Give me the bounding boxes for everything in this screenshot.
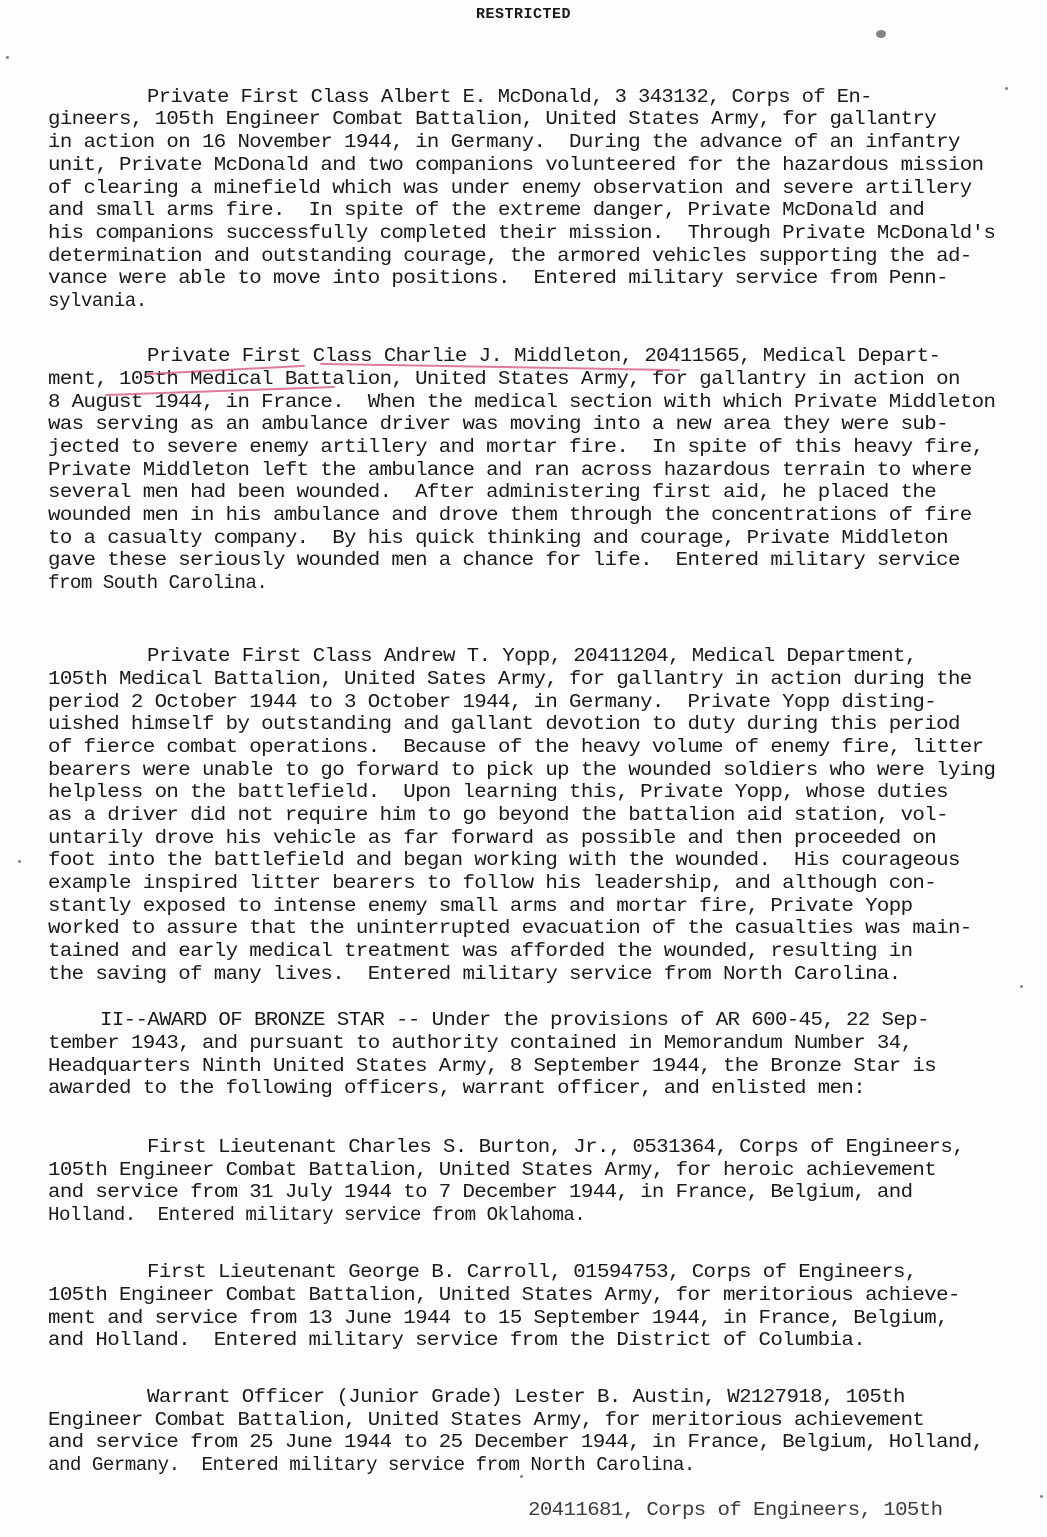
scan-speck [1020, 985, 1023, 988]
doc-line: untarily drove his vehicle as far forwar… [48, 827, 936, 849]
section-heading-line: II--AWARD OF BRONZE STAR -- Under the pr… [100, 1009, 929, 1031]
doc-line: his companions successfully completed th… [48, 222, 995, 244]
doc-line: uished himself by outstanding and gallan… [48, 713, 960, 735]
doc-line: worked to assure that the uninterrupted … [48, 917, 972, 939]
doc-line: tained and early medical treatment was a… [48, 940, 912, 962]
doc-line: jected to severe enemy artillery and mor… [48, 436, 983, 458]
doc-line: tember 1943, and pursuant to authority c… [48, 1032, 912, 1054]
scan-speck [6, 56, 9, 59]
doc-line: First Lieutenant George B. Carroll, 0159… [147, 1261, 917, 1283]
doc-line: gave these seriously wounded men a chanc… [48, 549, 960, 571]
doc-line: bearers were unable to go forward to pic… [48, 759, 995, 781]
doc-line: Holland. Entered military service from O… [48, 1204, 585, 1226]
doc-line: sylvania. [48, 290, 147, 312]
doc-line: period 2 October 1944 to 3 October 1944,… [48, 691, 936, 713]
scan-speck [1005, 87, 1008, 90]
doc-line: as a driver did not require him to go be… [48, 804, 948, 826]
doc-line: Engineer Combat Battalion, United States… [48, 1409, 924, 1431]
doc-line: Headquarters Ninth United States Army, 8… [48, 1055, 936, 1077]
doc-line: example inspired litter bearers to follo… [48, 872, 936, 894]
doc-line: foot into the battlefield and began work… [48, 849, 960, 871]
doc-line: 105th Medical Battalion, United Sates Ar… [48, 668, 972, 690]
doc-line: to a casualty company. By his quick thin… [48, 527, 948, 549]
doc-line: Warrant Officer (Junior Grade) Lester B.… [147, 1386, 905, 1408]
doc-line: and service from 31 July 1944 to 7 Decem… [48, 1181, 912, 1203]
doc-line: helpless on the battlefield. Upon learni… [48, 781, 948, 803]
scan-speck [876, 30, 886, 38]
doc-line: and service from 25 June 1944 to 25 Dece… [48, 1431, 983, 1453]
doc-line: of clearing a minefield which was under … [48, 177, 972, 199]
doc-line: 105th Engineer Combat Battalion, United … [48, 1159, 936, 1181]
doc-line: 8 August 1944, in France. When the medic… [48, 391, 995, 413]
doc-line: ment and service from 13 June 1944 to 15… [48, 1307, 948, 1329]
doc-line: Private First Class Albert E. McDonald, … [147, 86, 1000, 108]
doc-line: 105th Engineer Combat Battalion, United … [48, 1284, 960, 1306]
scan-speck [1040, 1495, 1043, 1498]
doc-line: First Lieutenant Charles S. Burton, Jr.,… [147, 1136, 964, 1158]
doc-line: Private Middleton left the ambulance and… [48, 459, 972, 481]
doc-line: unit, Private McDonald and two companion… [48, 154, 983, 176]
doc-line: in action on 16 November 1944, in German… [48, 131, 960, 153]
doc-line: of fierce combat operations. Because of … [48, 736, 983, 758]
doc-line: stantly exposed to intense enemy small a… [48, 895, 912, 917]
doc-line: determination and outstanding courage, t… [48, 245, 972, 267]
doc-line: was serving as an ambulance driver was m… [48, 413, 948, 435]
doc-line: 20411681, Corps of Engineers, 105th [528, 1499, 942, 1521]
doc-line: Private First Class Andrew T. Yopp, 2041… [147, 645, 917, 667]
doc-line: and Holland. Entered military service fr… [48, 1329, 865, 1351]
doc-line: wounded men in his ambulance and drove t… [48, 504, 972, 526]
doc-line: Private First Class Charlie J. Middleton… [147, 345, 940, 367]
doc-line: several men had been wounded. After admi… [48, 481, 936, 503]
doc-line: from South Carolina. [48, 572, 267, 594]
restricted-header: RESTRICTED [0, 6, 1047, 23]
document-page: RESTRICTED Private First Class Albert E.… [0, 0, 1047, 1537]
doc-line: gineers, 105th Engineer Combat Battalion… [48, 108, 936, 130]
doc-line: and small arms fire. In spite of the ext… [48, 199, 924, 221]
doc-line: the saving of many lives. Entered milita… [48, 963, 901, 985]
doc-line: vance were able to move into positions. … [48, 267, 948, 289]
scan-speck [18, 860, 21, 863]
doc-line: and Germany. Entered military service fr… [48, 1454, 695, 1476]
doc-line: awarded to the following officers, warra… [48, 1077, 865, 1099]
scan-speck [520, 1475, 523, 1478]
